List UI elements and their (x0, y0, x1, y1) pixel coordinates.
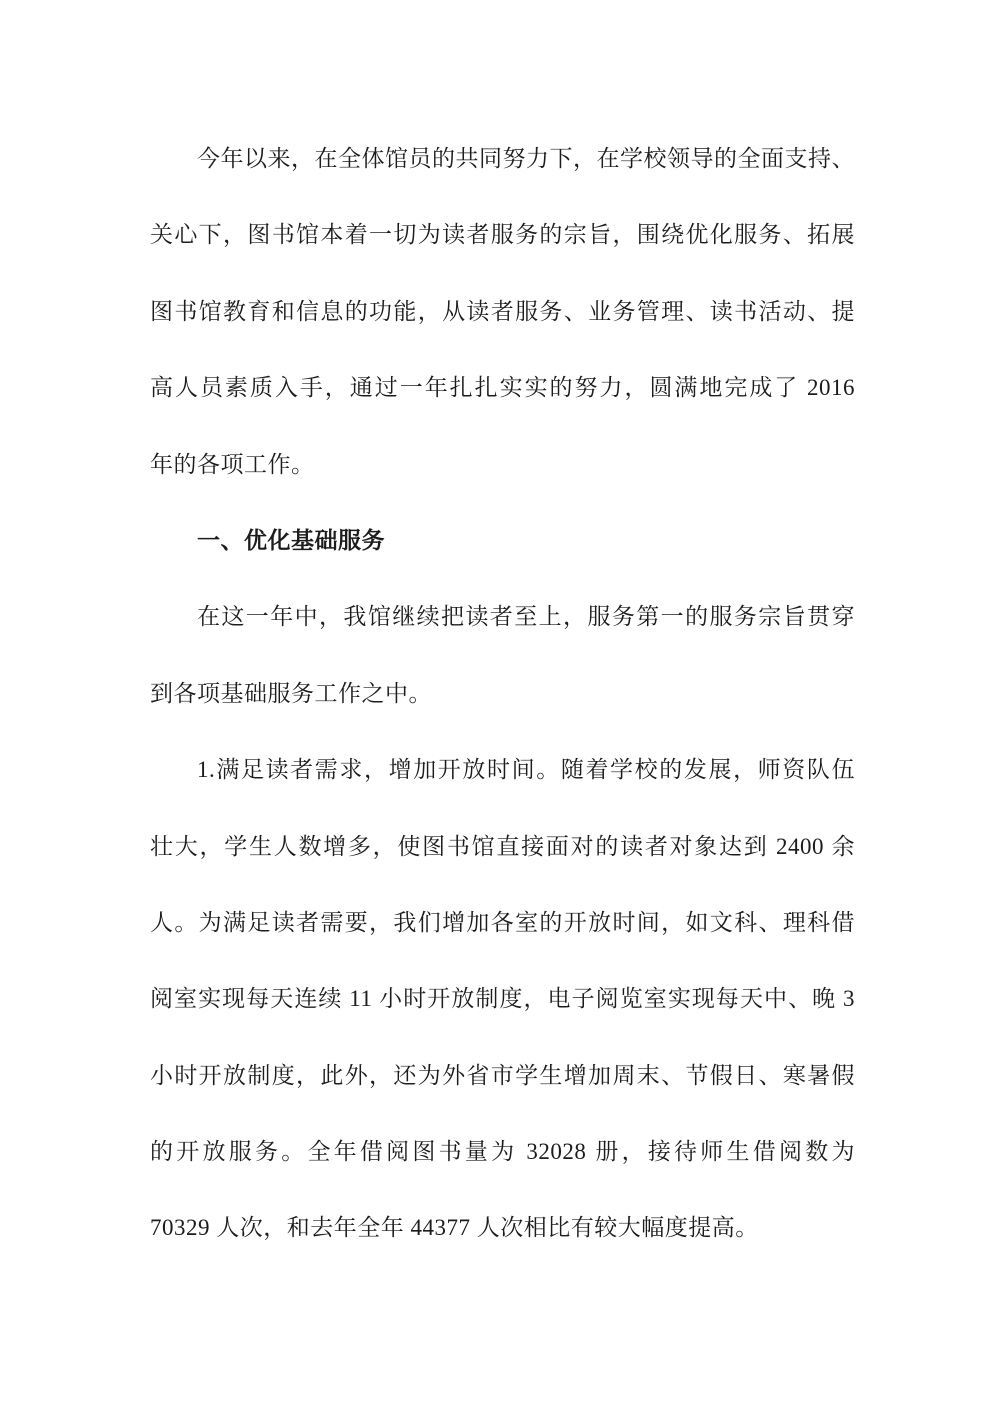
paragraph-line: 高人员素质入手，通过一年扎扎实实的努力，圆满地完成了 2016 (150, 350, 855, 426)
document-page: 今年以来，在全体馆员的共同努力下，在学校领导的全面支持、关心下，图书馆本着一切为… (0, 0, 1000, 1415)
paragraph-line: 70329 人次，和去年全年 44377 人次相比有较大幅度提高。 (150, 1190, 855, 1266)
paragraph-line: 年的各项工作。 (150, 427, 855, 503)
paragraph-line: 图书馆教育和信息的功能，从读者服务、业务管理、读书活动、提 (150, 274, 855, 350)
paragraph-line: 人。为满足读者需要，我们增加各室的开放时间，如文科、理科借 (150, 885, 855, 961)
paragraph-line: 的开放服务。全年借阅图书量为 32028 册，接待师生借阅数为 (150, 1114, 855, 1190)
section-heading: 一、优化基础服务 (150, 503, 855, 579)
paragraph-line: 小时开放制度，此外，还为外省市学生增加周末、节假日、寒暑假 (150, 1038, 855, 1114)
paragraph-line: 壮大，学生人数增多，使图书馆直接面对的读者对象达到 2400 余 (150, 809, 855, 885)
paragraph-line: 1.满足读者需求，增加开放时间。随着学校的发展，师资队伍 (150, 732, 855, 808)
paragraph-line: 到各项基础服务工作之中。 (150, 656, 855, 732)
document-body: 今年以来，在全体馆员的共同努力下，在学校领导的全面支持、关心下，图书馆本着一切为… (150, 121, 855, 1267)
paragraph-line: 阅室实现每天连续 11 小时开放制度，电子阅览室实现每天中、晚 3 (150, 961, 855, 1037)
paragraph-line: 今年以来，在全体馆员的共同努力下，在学校领导的全面支持、 (150, 121, 855, 197)
paragraph-line: 关心下，图书馆本着一切为读者服务的宗旨，围绕优化服务、拓展 (150, 197, 855, 273)
paragraph-line: 在这一年中，我馆继续把读者至上，服务第一的服务宗旨贯穿 (150, 579, 855, 655)
